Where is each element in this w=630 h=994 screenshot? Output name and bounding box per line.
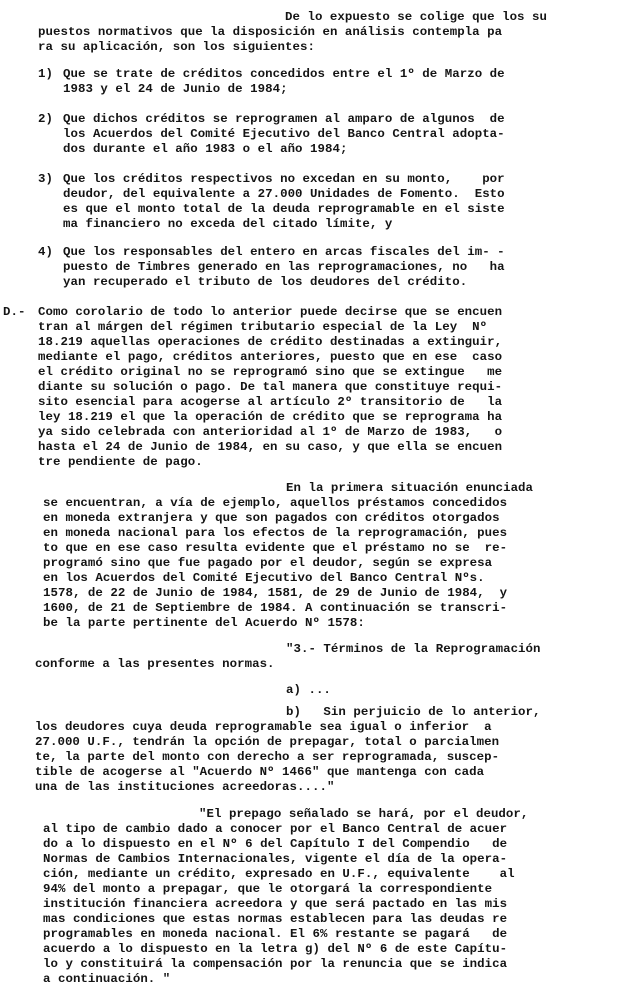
requirement-line: deudor, del equivalente a 27.000 Unidade…: [63, 187, 505, 202]
section-line: 18.219 aquellas operaciones de crédito d…: [38, 335, 502, 350]
document-page: De lo expuesto se colige que los su pues…: [0, 0, 630, 994]
requirement-line: Que los responsables del entero en arcas…: [63, 245, 505, 260]
quote-line: 94% del monto a prepagar, que le otorgar…: [43, 882, 492, 897]
requirement-marker: 2): [38, 112, 53, 127]
quote-line: conforme a las presentes normas.: [35, 657, 275, 672]
requirement-line: Que se trate de créditos concedidos entr…: [63, 67, 505, 82]
quote-line: do a lo dispuesto en el Nº 6 del Capítul…: [43, 837, 507, 852]
quote-line: lo y constituirá la compensación por la …: [43, 957, 507, 972]
section-line: ya sido celebrada con anterioridad al 1º…: [38, 425, 502, 440]
quote-line: te, la parte del monto con derecho a ser…: [35, 750, 499, 765]
intro-line: De lo expuesto se colige que los su: [285, 10, 547, 25]
paragraph-line: 1600, de 21 de Septiembre de 1984. A con…: [43, 601, 507, 616]
requirement-line: yan recuperado el tributo de los deudore…: [63, 275, 467, 290]
requirement-line: dos durante el año 1983 o el año 1984;: [63, 142, 347, 157]
quote-line: mas condiciones que estas normas estable…: [43, 912, 507, 927]
section-line: tran al márgen del régimen tributario es…: [38, 320, 487, 335]
section-line: diante su solución o pago. De tal manera…: [38, 380, 502, 395]
paragraph-line: en moneda nacional para los efectos de l…: [43, 526, 507, 541]
paragraph-line: se encuentran, a vía de ejemplo, aquello…: [43, 496, 507, 511]
section-line: ley 18.219 el que la operación de crédit…: [38, 410, 502, 425]
section-line: hasta el 24 de Junio de 1984, en su caso…: [38, 440, 502, 455]
intro-line: ra su aplicación, son los siguientes:: [38, 40, 315, 55]
requirement-line: Que los créditos respectivos no excedan …: [63, 172, 505, 187]
paragraph-line: en los Acuerdos del Comité Ejecutivo del…: [43, 571, 485, 586]
quote-line: Normas de Cambios Internacionales, vigen…: [43, 852, 507, 867]
section-line: tre pendiente de pago.: [38, 455, 203, 470]
requirement-line: puesto de Timbres generado en las reprog…: [63, 260, 505, 275]
requirement-marker: 3): [38, 172, 53, 187]
quote-line: los deudores cuya deuda reprogramable se…: [35, 720, 492, 735]
paragraph-line: en moneda extranjera y que son pagados c…: [43, 511, 500, 526]
paragraph-line: 1578, de 22 de Junio de 1984, 1581, de 2…: [43, 586, 507, 601]
quote-line: una de las instituciones acreedoras....": [35, 780, 334, 795]
requirement-marker: 1): [38, 67, 53, 82]
quote-line: tible de acogerse al "Acuerdo Nº 1466" q…: [35, 765, 484, 780]
section-line: el crédito original no se reprogramó sin…: [38, 365, 502, 380]
quote-line: al tipo de cambio dado a conocer por el …: [43, 822, 507, 837]
requirement-line: 1983 y el 24 de Junio de 1984;: [63, 82, 288, 97]
paragraph-line: En la primera situación enunciada: [286, 481, 533, 496]
quote-line: "El prepago señalado se hará, por el deu…: [199, 807, 528, 822]
requirement-line: los Acuerdos del Comité Ejecutivo del Ba…: [63, 127, 505, 142]
quote-line: acuerdo a lo dispuesto en la letra g) de…: [43, 942, 507, 957]
section-line: mediante el pago, créditos anteriores, p…: [38, 350, 502, 365]
paragraph-line: to que en ese caso resulta evidente que …: [43, 541, 507, 556]
requirement-line: ma financiero no exceda del citado límit…: [63, 217, 392, 232]
section-line: Como corolario de todo lo anterior puede…: [38, 305, 502, 320]
section-marker: D.-: [3, 305, 25, 320]
quote-item-a: a) ...: [286, 683, 331, 698]
quote-line: programables en moneda nacional. El 6% r…: [43, 927, 507, 942]
section-line: sito esencial para acogerse al artículo …: [38, 395, 502, 410]
paragraph-line: programó sino que fue pagado por el deud…: [43, 556, 492, 571]
paragraph-line: be la parte pertinente del Acuerdo Nº 15…: [43, 616, 365, 631]
quote-line: institución financiera acreedora y que s…: [43, 897, 507, 912]
quote-line: ción, mediante un crédito, expresado en …: [43, 867, 515, 882]
requirement-marker: 4): [38, 245, 53, 260]
requirement-line: Que dichos créditos se reprogramen al am…: [63, 112, 505, 127]
intro-line: puestos normativos que la disposición en…: [38, 25, 502, 40]
requirement-line: es que el monto total de la deuda reprog…: [63, 202, 505, 217]
quote-line: b) Sin perjuicio de lo anterior,: [286, 705, 541, 720]
quote-line: 27.000 U.F., tendrán la opción de prepag…: [35, 735, 499, 750]
quote-line: "3.- Términos de la Reprogramación: [286, 642, 541, 657]
quote-line: a continuación. ": [43, 972, 170, 987]
